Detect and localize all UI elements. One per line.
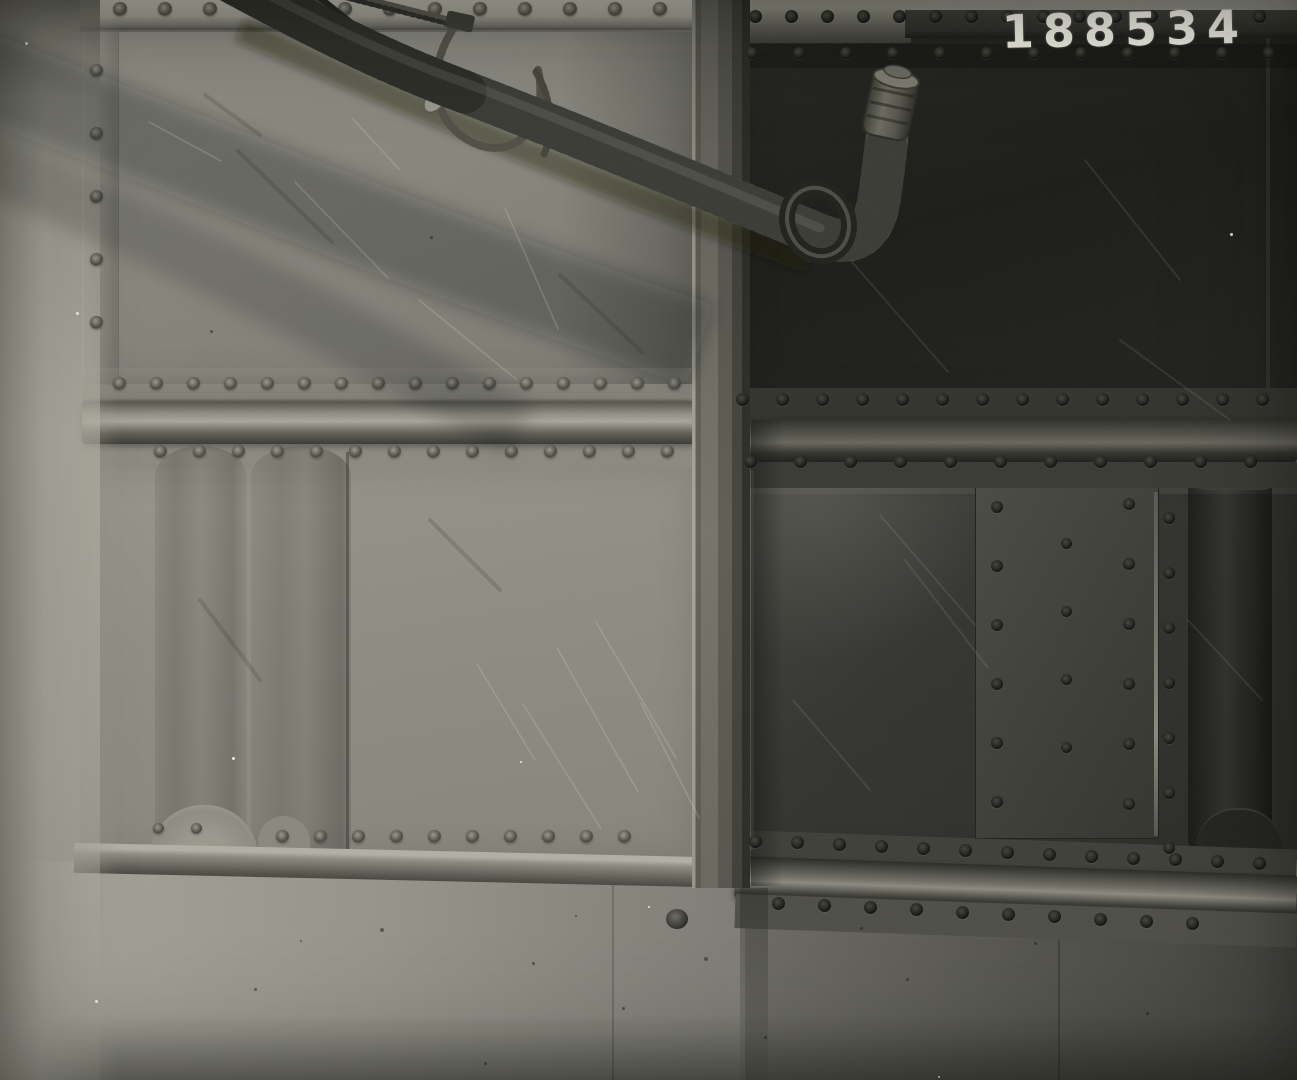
film-grain	[0, 0, 1297, 1080]
photo-frame: 188534	[0, 0, 1297, 1080]
hose-overlay	[0, 0, 1297, 1080]
photo-id-number: 188534	[1001, 0, 1282, 67]
